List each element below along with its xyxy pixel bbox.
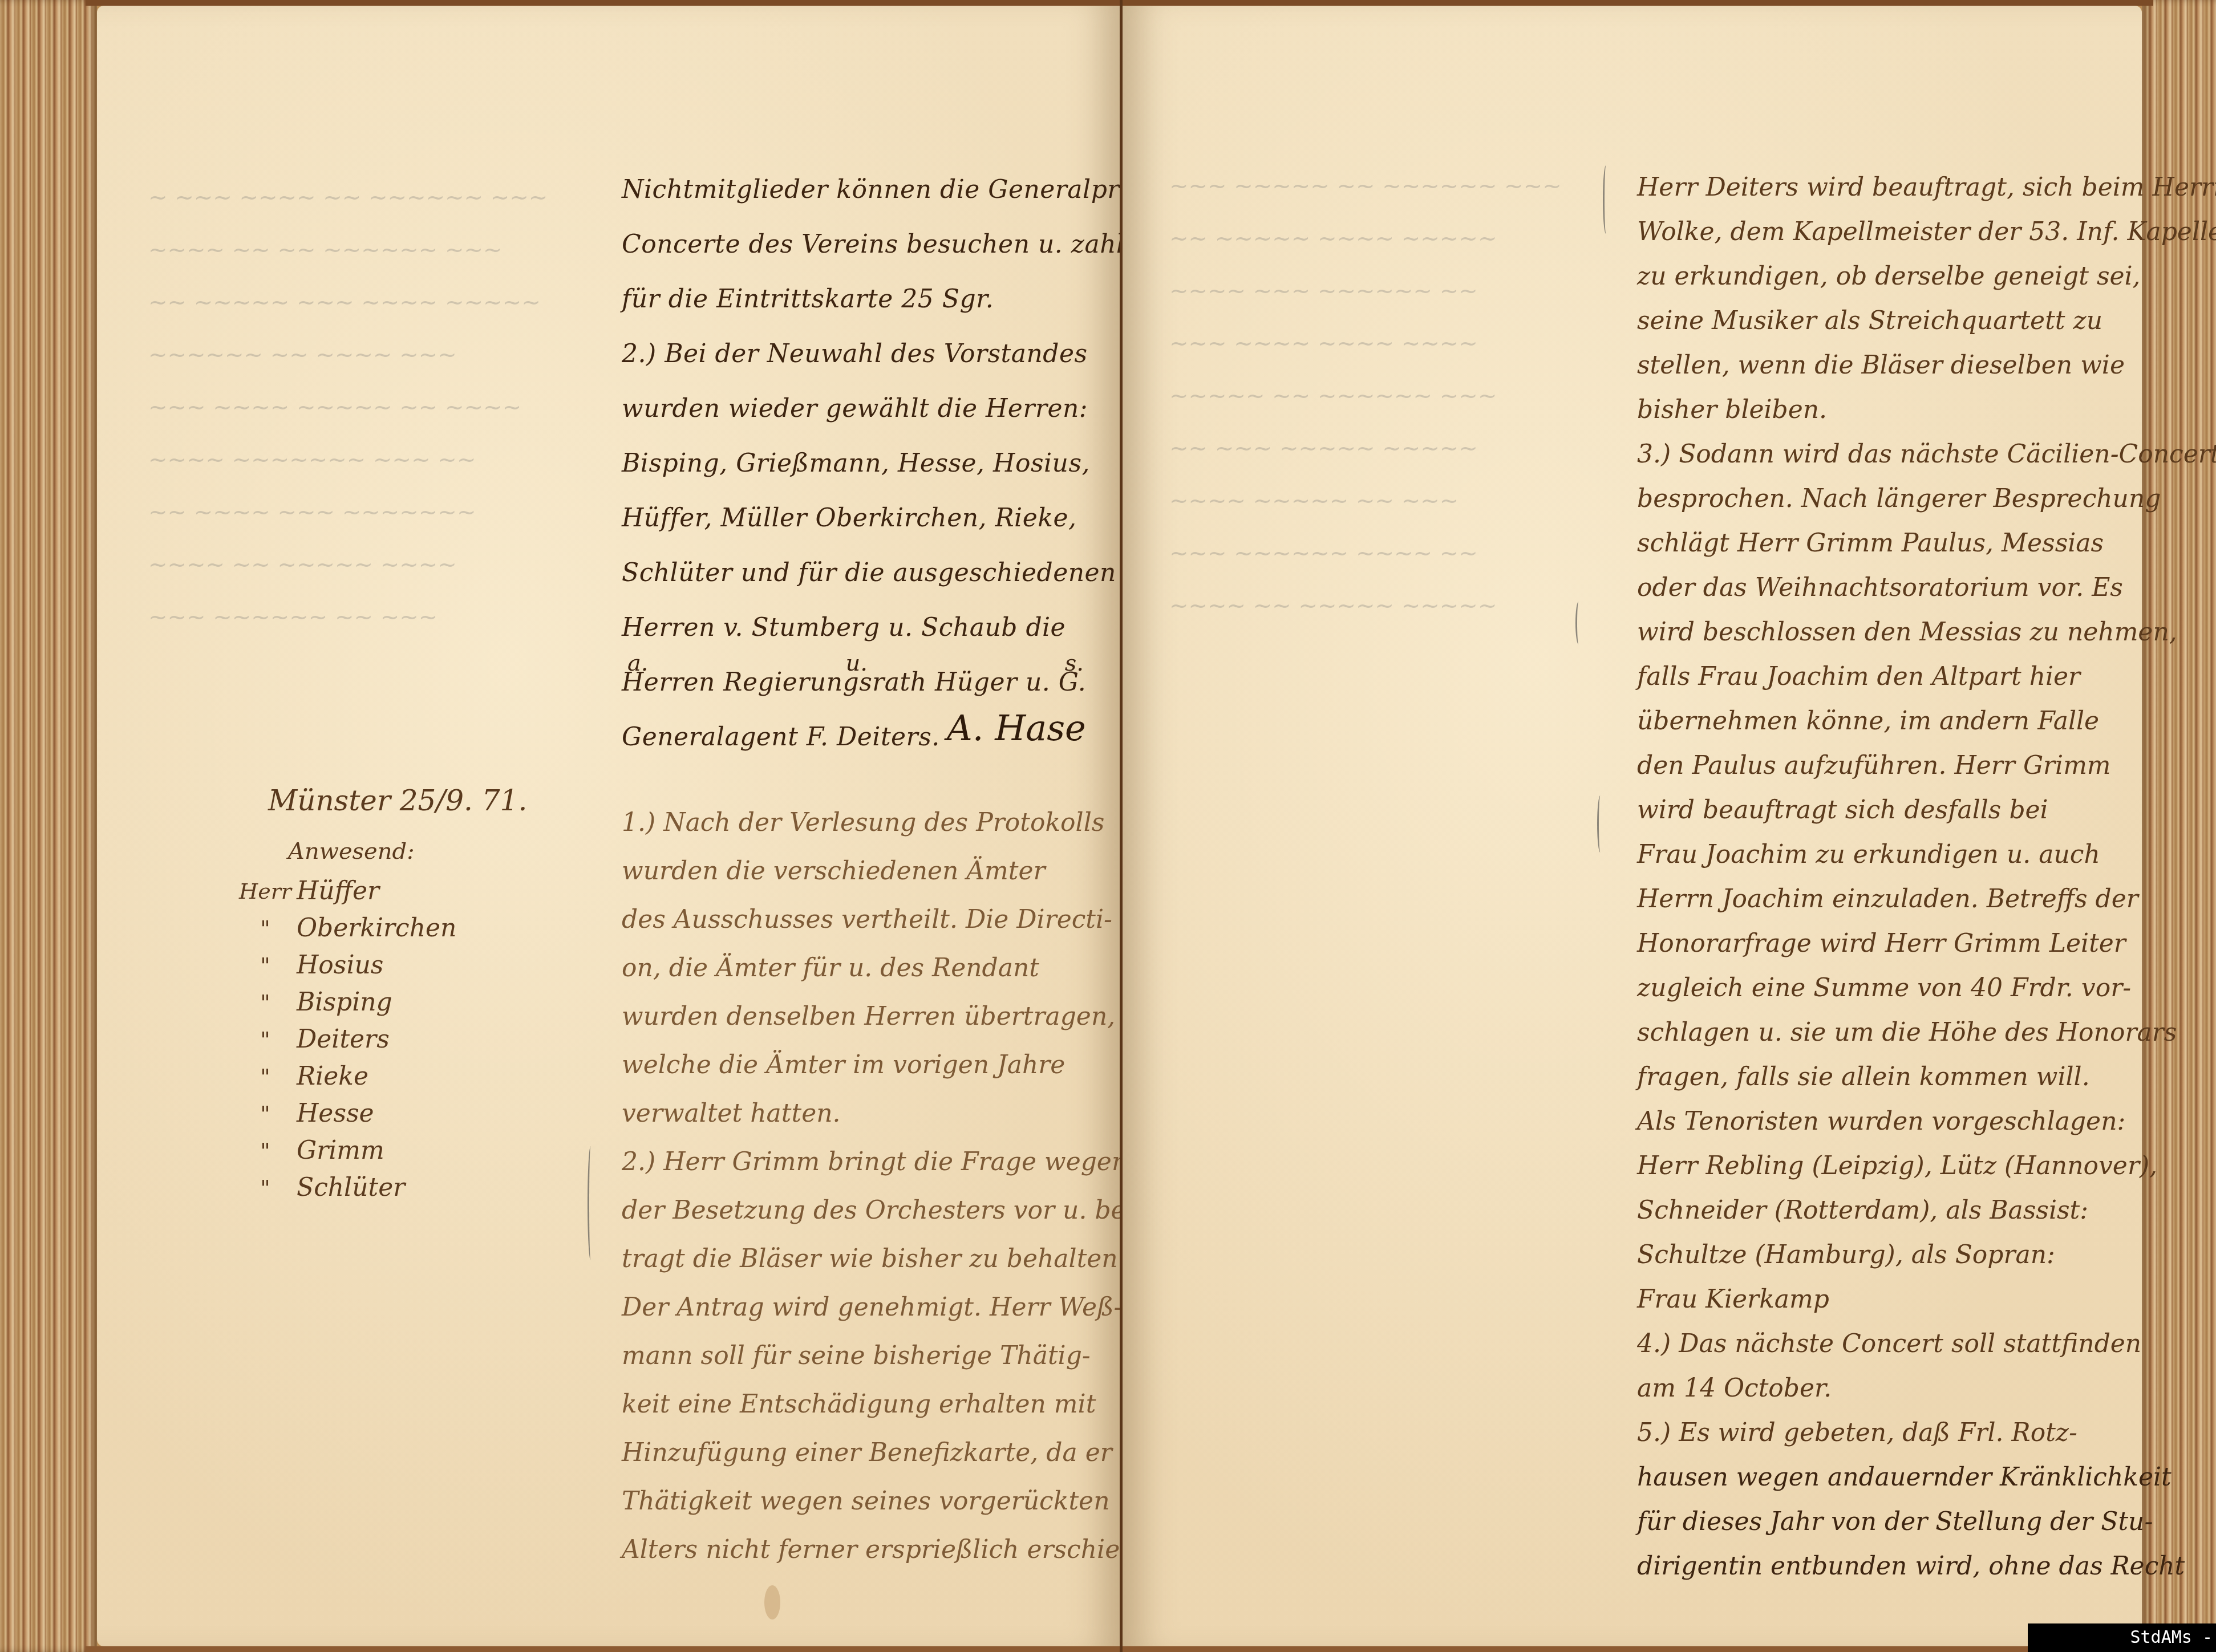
text-line: Generalagent F. Deiters. xyxy=(622,710,1192,765)
text-line: Nichtmitglieder können die Generalproben… xyxy=(622,163,1192,217)
text-line: 2.) Bei der Neuwahl des Vorstandes xyxy=(622,327,1192,381)
text-line: falls Frau Joachim den Altpart hier xyxy=(1637,655,2216,699)
attendee-prefix: " xyxy=(234,1064,297,1089)
text-line: Schultze (Hamburg), als Sopran: xyxy=(1637,1233,2216,1277)
right-page-text: Herr Deiters wird beauftragt, sich beim … xyxy=(1637,165,2216,1589)
attendee-name: Schlüter xyxy=(297,1173,405,1202)
attendee-row: HerrHüffer xyxy=(234,872,456,910)
text-line: fragen, falls sie allein kommen will. xyxy=(1637,1055,2216,1099)
attendee-prefix: " xyxy=(234,953,297,978)
meeting-place-date: Münster 25/9. 71. xyxy=(268,784,527,817)
text-line: 2.) Herr Grimm bringt die Frage wegen xyxy=(622,1138,1165,1186)
text-line: Frau Kierkamp xyxy=(1637,1277,2216,1322)
text-line: für dieses Jahr von der Stellung der Stu… xyxy=(1637,1500,2216,1544)
attendee-row: "Hosius xyxy=(234,947,456,984)
text-line: wird beschlossen den Messias zu nehmen, xyxy=(1637,610,2216,655)
text-line: welche die Ämter im vorigen Jahre xyxy=(622,1041,1165,1089)
attendance-heading: Anwesend: xyxy=(288,838,415,864)
attendee-name: Oberkirchen xyxy=(297,914,456,943)
text-line: 5.) Es wird gebeten, daß Frl. Rotz- xyxy=(1637,1411,2216,1455)
text-line: zugleich eine Summe von 40 Frdr. vor- xyxy=(1637,966,2216,1010)
signature: A. Hase xyxy=(947,707,1086,749)
text-line: Herr Rebling (Leipzig), Lütz (Hannover), xyxy=(1637,1144,2216,1188)
text-line: tragt die Bläser wie bisher zu behalten. xyxy=(622,1235,1165,1283)
text-line: 3.) Sodann wird das nächste Cäcilien-Con… xyxy=(1637,432,2216,477)
text-line: Hinzufügung einer Benefizkarte, da er in xyxy=(622,1428,1165,1477)
text-line: des Ausschusses vertheilt. Die Directi- xyxy=(622,895,1165,944)
attendee-name: Deiters xyxy=(297,1025,390,1054)
text-line: 4.) Das nächste Concert soll stattfinden xyxy=(1637,1322,2216,1366)
attendee-prefix: " xyxy=(234,1101,297,1126)
text-line: wurden die verschiedenen Ämter xyxy=(622,847,1165,895)
text-line: Herrn Joachim einzuladen. Betreffs der xyxy=(1637,877,2216,922)
attendee-prefix: " xyxy=(234,1027,297,1052)
attendee-name: Hesse xyxy=(297,1099,374,1128)
text-line: schlägt Herr Grimm Paulus, Messias xyxy=(1637,521,2216,566)
margin-bracket xyxy=(588,1146,594,1260)
open-book: ~ ~~~ ~~~~ ~~ ~~~~~~ ~~~~~~~ ~~ ~~ ~~~~~… xyxy=(0,0,2216,1652)
text-line: Hüffer, Müller Oberkirchen, Rieke, xyxy=(622,491,1192,546)
text-line: wurden denselben Herren übertragen, xyxy=(622,992,1165,1041)
text-line: hausen wegen andauernder Kränklichkeit xyxy=(1637,1455,2216,1500)
attendee-prefix: " xyxy=(234,1175,297,1200)
left-page-edges xyxy=(0,0,97,1652)
text-line: Alters nicht ferner ersprießlich erschie… xyxy=(622,1525,1165,1574)
text-line: seine Musiker als Streichquartett zu xyxy=(1637,299,2216,343)
text-line: am 14 October. xyxy=(1637,1366,2216,1411)
text-line: bisher bleiben. xyxy=(1637,388,2216,432)
text-line: der Besetzung des Orchesters vor u. bean… xyxy=(622,1186,1165,1235)
attendee-row: "Grimm xyxy=(234,1132,456,1169)
mark-a: a. xyxy=(627,650,649,676)
attendance-list: HerrHüffer "Oberkirchen "Hosius "Bisping… xyxy=(234,872,456,1206)
text-line: Honorarfrage wird Herr Grimm Leiter xyxy=(1637,922,2216,966)
text-line: oder das Weihnachtsoratorium vor. Es xyxy=(1637,566,2216,610)
text-line: verwaltet hatten. xyxy=(622,1089,1165,1138)
text-line: on, die Ämter für u. des Rendant xyxy=(622,944,1165,992)
text-line: Concerte des Vereins besuchen u. zahlen xyxy=(622,217,1192,272)
text-line: schlagen u. sie um die Höhe des Honorars xyxy=(1637,1010,2216,1055)
text-line: Herren v. Stumberg u. Schaub die xyxy=(622,600,1192,655)
text-line: dirigentin entbunden wird, ohne das Rech… xyxy=(1637,1544,2216,1589)
attendee-row: "Bisping xyxy=(234,984,456,1021)
attendee-name: Hosius xyxy=(297,951,383,980)
text-line: übernehmen könne, im andern Falle xyxy=(1637,699,2216,744)
left-page-show-through: ~ ~~~ ~~~~ ~~ ~~~~~~ ~~~~~~~ ~~ ~~ ~~~~~… xyxy=(148,171,559,643)
attendee-row: "Schlüter xyxy=(234,1169,456,1206)
attendee-prefix: " xyxy=(234,990,297,1015)
text-line: Herr Deiters wird beauftragt, sich beim … xyxy=(1637,165,2216,210)
text-line: Schlüter und für die ausgeschiedenen xyxy=(622,546,1192,600)
attendee-prefix: " xyxy=(234,916,297,941)
text-line: Thätigkeit wegen seines vorgerückten xyxy=(622,1477,1165,1525)
text-line: Frau Joachim zu erkundigen u. auch xyxy=(1637,833,2216,877)
text-line: zu erkundigen, ob derselbe geneigt sei, xyxy=(1637,254,2216,299)
attendee-prefix: " xyxy=(234,1138,297,1163)
attendee-name: Bisping xyxy=(297,988,392,1017)
margin-bracket xyxy=(1603,165,1609,234)
text-line: Schneider (Rotterdam), als Bassist: xyxy=(1637,1188,2216,1233)
attendee-row: "Hesse xyxy=(234,1095,456,1132)
right-page-show-through: ~~~ ~~~~~ ~~ ~~~~~~ ~~~~~ ~~~~~ ~~~~ ~~~… xyxy=(1169,160,1603,632)
text-line: 1.) Nach der Verlesung des Protokolls xyxy=(622,798,1165,847)
archive-reference-label: StdAMs - MV_002a_166 xyxy=(2028,1623,2216,1652)
signoff-marks: a. u. s. xyxy=(627,650,1084,676)
mark-s: s. xyxy=(1065,650,1084,676)
attendee-name: Hüffer xyxy=(297,876,379,906)
text-line: mann soll für seine bisherige Thätig- xyxy=(622,1332,1165,1380)
attendee-row: "Deiters xyxy=(234,1021,456,1058)
attendee-name: Rieke xyxy=(297,1062,368,1091)
attendee-row: "Oberkirchen xyxy=(234,910,456,947)
text-line: für die Eintrittskarte 25 Sgr. xyxy=(622,272,1192,327)
attendee-prefix: Herr xyxy=(234,879,297,904)
text-line: den Paulus aufzuführen. Herr Grimm xyxy=(1637,744,2216,788)
text-line: Bisping, Grießmann, Hesse, Hosius, xyxy=(622,436,1192,491)
margin-bracket xyxy=(1597,795,1603,853)
text-line: stellen, wenn die Bläser dieselben wie xyxy=(1637,343,2216,388)
text-line: keit eine Entschädigung erhalten mit xyxy=(622,1380,1165,1428)
left-minutes-text: 1.) Nach der Verlesung des Protokolls wu… xyxy=(622,798,1165,1574)
text-line: Wolke, dem Kapellmeister der 53. Inf. Ka… xyxy=(1637,210,2216,254)
text-line: Als Tenoristen wurden vorgeschlagen: xyxy=(1637,1099,2216,1144)
margin-bracket xyxy=(1575,602,1582,644)
attendee-row: "Rieke xyxy=(234,1058,456,1095)
text-line: wurden wieder gewählt die Herren: xyxy=(622,381,1192,436)
ink-stain xyxy=(764,1585,780,1619)
mark-u: u. xyxy=(845,650,867,676)
text-line: Der Antrag wird genehmigt. Herr Weß- xyxy=(622,1283,1165,1332)
text-line: wird beauftragt sich desfalls bei xyxy=(1637,788,2216,833)
attendee-name: Grimm xyxy=(297,1136,384,1165)
text-line: besprochen. Nach längerer Besprechung xyxy=(1637,477,2216,521)
